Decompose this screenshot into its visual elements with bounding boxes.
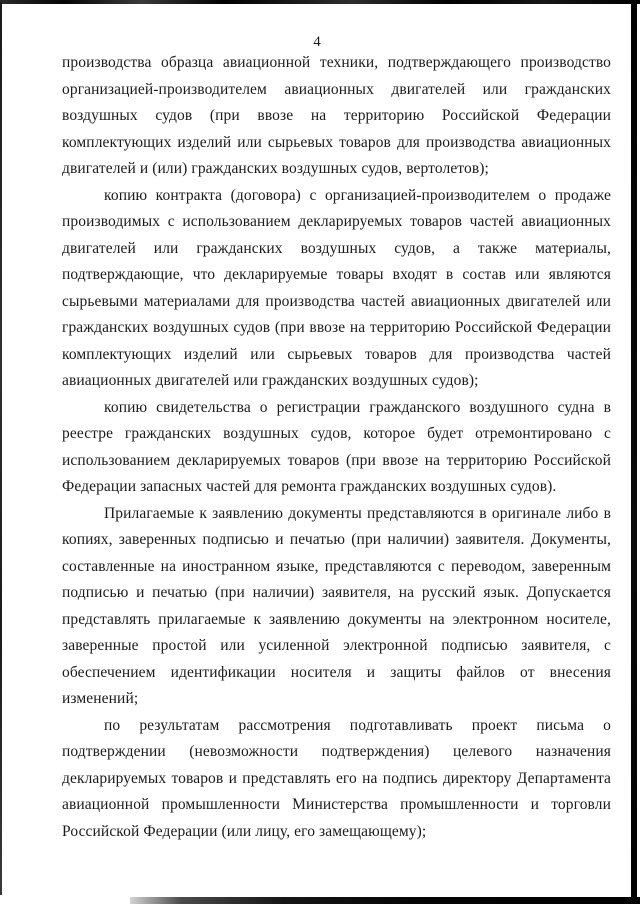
paragraph: копию свидетельства о регистрации гражда…	[62, 395, 611, 501]
scan-artifact-bottom-edge	[130, 897, 640, 904]
paragraph: производства образца авиационной техники…	[62, 50, 611, 183]
scan-artifact-right-edge	[631, 0, 637, 898]
scan-artifact-left-edge	[0, 2, 2, 895]
paragraph: копию контракта (договора) с организацие…	[62, 183, 611, 395]
paragraph: Прилагаемые к заявлению документы предст…	[62, 501, 611, 713]
paragraph: по результатам рассмотрения подготавлива…	[62, 713, 611, 846]
document-body: производства образца авиационной техники…	[62, 50, 611, 845]
page-number: 4	[0, 34, 634, 51]
scan-artifact-top-edge	[0, 0, 640, 4]
